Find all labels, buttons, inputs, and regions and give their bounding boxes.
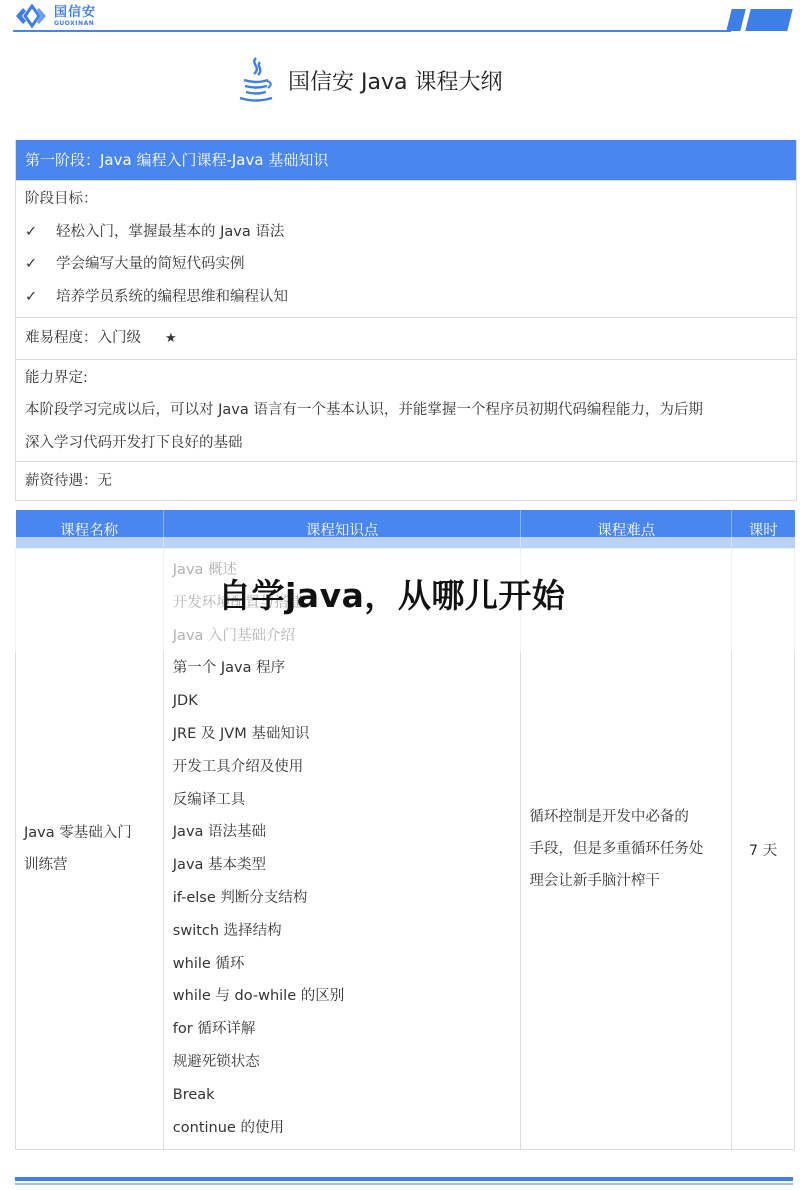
document-title: 国信安 Java 课程大纲 — [236, 56, 502, 104]
header-rule — [13, 30, 731, 32]
knowledge-point: if-else 判断分支结构 — [173, 882, 512, 915]
knowledge-point: switch 选择结构 — [173, 915, 512, 948]
knowledge-point: 反编译工具 — [173, 784, 512, 817]
knowledge-point: JRE 及 JVM 基础知识 — [173, 718, 512, 751]
goal-item: ✓轻松入门，掌握最基本的 Java 语法 — [25, 216, 787, 249]
header-accent-bar — [745, 9, 792, 31]
knowledge-point: while 循环 — [173, 948, 512, 981]
knowledge-point: 第一个 Java 程序 — [173, 652, 512, 685]
knowledge-point: Java 语法基础 — [173, 816, 512, 849]
footer-rule — [15, 1177, 793, 1181]
difficulty-line: 理会让新手脑汁榨干 — [529, 865, 723, 897]
difficulty-text: 难易程度：入门级 — [25, 330, 141, 346]
difficulty-line: 手段，但是多重循环任务处 — [529, 833, 723, 865]
difficulty-section: 难易程度：入门级★ — [16, 317, 796, 359]
knowledge-point: Break — [173, 1079, 512, 1112]
java-cup-icon — [236, 56, 276, 104]
difficulty-line: 循环控制是开发中必备的 — [529, 801, 723, 833]
ability-section: 能力界定: 本阶段学习完成以后，可以对 Java 语言有一个基本认识，并能掌握一… — [16, 359, 796, 462]
brand-logo: 国信安 GUOXINAN — [14, 4, 96, 28]
knowledge-point: Java 基本类型 — [173, 849, 512, 882]
overlay-title: 自学java，从哪儿开始 — [218, 570, 565, 617]
goal-item: ✓培养学员系统的编程思维和编程认知 — [25, 281, 787, 314]
goal-text: 轻松入门，掌握最基本的 Java 语法 — [56, 224, 284, 240]
salary-text: 薪资待遇：无 — [25, 465, 787, 498]
ability-label: 能力界定: — [25, 362, 787, 395]
knowledge-point: 开发工具介绍及使用 — [173, 751, 512, 784]
check-icon: ✓ — [25, 248, 56, 281]
star-icon: ★ — [165, 331, 177, 346]
stage-title: 第一阶段：Java 编程入门课程-Java 基础知识 — [16, 140, 796, 180]
check-icon: ✓ — [25, 281, 56, 314]
knowledge-point: while 与 do-while 的区别 — [173, 980, 512, 1013]
course-name-line: 训练营 — [24, 849, 155, 881]
knowledge-point: 规避死锁状态 — [173, 1046, 512, 1079]
ability-text: 深入学习代码开发打下良好的基础 — [25, 427, 787, 460]
page-header: 国信安 GUOXINAN — [0, 0, 800, 40]
document-title-text: 国信安 Java 课程大纲 — [288, 65, 502, 96]
guoxinan-logo-icon — [14, 4, 48, 28]
goal-text: 培养学员系统的编程思维和编程认知 — [56, 289, 288, 305]
course-name-line: Java 零基础入门 — [24, 817, 155, 849]
goal-text: 学会编写大量的简短代码实例 — [56, 256, 245, 272]
goals-label: 阶段目标： — [25, 183, 787, 216]
knowledge-point: for 循环详解 — [173, 1013, 512, 1046]
salary-section: 薪资待遇：无 — [16, 461, 796, 500]
goal-item: ✓学会编写大量的简短代码实例 — [25, 248, 787, 281]
check-icon: ✓ — [25, 216, 56, 249]
logo-name-en: GUOXINAN — [54, 21, 96, 27]
stage-outline: 第一阶段：Java 编程入门课程-Java 基础知识 阶段目标： ✓轻松入门，掌… — [15, 140, 797, 501]
logo-name-cn: 国信安 — [54, 6, 96, 19]
ability-text: 本阶段学习完成以后，可以对 Java 语言有一个基本认识，并能掌握一个程序员初期… — [25, 394, 787, 427]
knowledge-point: JDK — [173, 685, 512, 718]
knowledge-point: continue 的使用 — [173, 1112, 512, 1145]
stage-goals-section: 阶段目标： ✓轻松入门，掌握最基本的 Java 语法 ✓学会编写大量的简短代码实… — [16, 180, 796, 317]
header-accent-bar — [726, 9, 745, 31]
footer-rule-light — [15, 1183, 793, 1185]
